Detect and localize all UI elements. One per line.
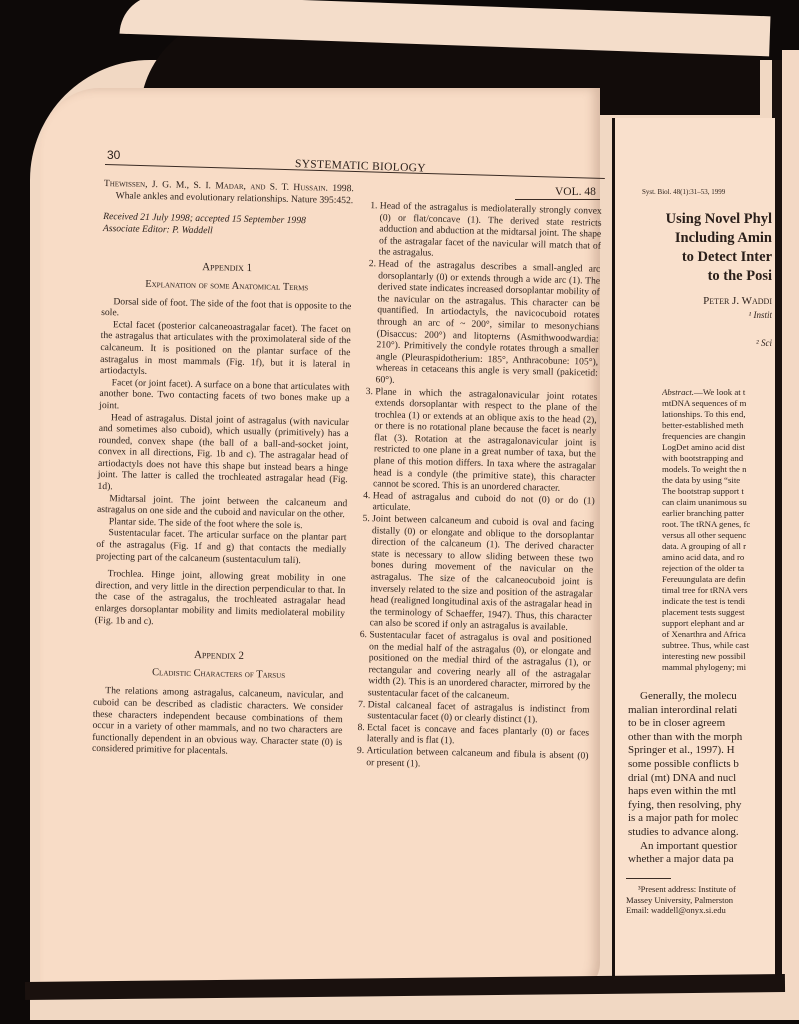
text-line: indicate the test is tendi <box>662 596 772 607</box>
text-line: Fereuungulata are defin <box>662 574 772 585</box>
character-item: Joint between calcaneum and cuboid is ov… <box>370 513 595 634</box>
term-trochlea: Trochlea. Hinge joint, allowing great mo… <box>95 568 346 631</box>
text-line: other than with the morph <box>628 731 772 745</box>
text-line: root. The tRNA genes, fc <box>662 519 772 530</box>
appendix2-intro: The relations among astragalus, calcaneu… <box>92 685 343 760</box>
characters-column: Head of the astragalus is mediolaterally… <box>352 200 602 774</box>
footnote-rule <box>626 878 671 879</box>
page-number: 30 <box>107 148 120 162</box>
title-line: to the Posi <box>640 267 772 286</box>
text-line: data. A grouping of all r <box>662 541 772 552</box>
text-line: lationships. To this end, <box>662 409 772 420</box>
article-author: Peter J. Waddi <box>690 295 772 307</box>
text-line: versus all other sequenc <box>662 530 772 541</box>
body-text: Generally, the molecumalian interordinal… <box>628 690 772 867</box>
text-line: studies to advance along. <box>628 826 772 840</box>
title-line: to Detect Inter <box>640 248 772 267</box>
text-line: mammal phylogeny; mi <box>662 662 772 673</box>
text-line: whether a major data pa <box>628 853 772 867</box>
text-line: An important questior <box>628 840 772 854</box>
text-line: The bootstrap support t <box>662 486 772 497</box>
text-line: fying, then resolving, phy <box>628 799 772 813</box>
text-line: can claim unanimous su <box>662 497 772 508</box>
term-facet: Facet (or joint facet). A surface on a b… <box>99 377 350 417</box>
character-item: Head of the astragalus is mediolaterally… <box>379 200 602 263</box>
reference-entry: Thewissen, J. G. M., S. I. Madar, and S.… <box>104 178 354 206</box>
text-line: Generally, the molecu <box>628 690 772 704</box>
text-line: the data by using “site <box>662 475 772 486</box>
volume-label: VOL. 48 <box>555 186 596 198</box>
text-line: to be in closer agreem <box>628 717 772 731</box>
article-title: Using Novel Phyl Including Amin to Detec… <box>640 210 772 286</box>
text-line: timal tree for tRNA vers <box>662 585 772 596</box>
text-line: support elephant and ar <box>662 618 772 629</box>
footnote: ³Present address: Institute ofMassey Uni… <box>626 884 772 916</box>
text-line: ³Present address: Institute of <box>626 884 772 895</box>
text-line: Springer et al., 1997). H <box>628 744 772 758</box>
text-line: haps even within the mtl <box>628 785 772 799</box>
character-list: Head of the astragalus is mediolaterally… <box>352 200 602 774</box>
text-line: Massey University, Palmerston <box>626 895 772 906</box>
text-line: models. To weight the n <box>662 464 772 475</box>
text-line: malian interordinal relati <box>628 704 772 718</box>
text-line: with bootstrapping and <box>662 453 772 464</box>
appendix2-title: Appendix 2 <box>94 648 344 665</box>
text-line: Abstract.—We look at t <box>662 387 772 398</box>
text-line: placement tests suggest <box>662 607 772 618</box>
title-line: Including Amin <box>640 229 772 248</box>
text-line: interesting new possibil <box>662 651 772 662</box>
text-line: earlier branching patter <box>662 508 772 519</box>
character-item: Plane in which the astragalonavicular jo… <box>373 386 597 496</box>
text-line: drial (mt) DNA and nucl <box>628 772 772 786</box>
term-sustentacular: Sustentacular facet. The articular surfa… <box>96 527 347 567</box>
journal-citation: Syst. Biol. 48(1):31–53, 1999 <box>642 188 725 196</box>
left-column: Thewissen, J. G. M., S. I. Madar, and S.… <box>92 178 354 760</box>
character-item: Head of the astragalus describes a small… <box>375 258 600 391</box>
text-line: subtree. Thus, while cast <box>662 640 772 651</box>
abstract: Abstract.—We look at tmtDNA sequences of… <box>662 387 772 673</box>
text-line: is a major path for molec <box>628 812 772 826</box>
text-line: mtDNA sequences of m <box>662 398 772 409</box>
text-line: LogDet amino acid dist <box>662 442 772 453</box>
term-ectal: Ectal facet (posterior calcaneoastragala… <box>100 319 351 382</box>
text-line: rejection of the older ta <box>662 563 772 574</box>
appendix1-subtitle: Explanation of some Anatomical Terms <box>102 278 352 295</box>
text-line: of Xenarthra and Africa <box>662 629 772 640</box>
term-head: Head of astragalus. Distal joint of astr… <box>97 411 349 497</box>
text-line: better-established meth <box>662 420 772 431</box>
volume-rule <box>515 199 600 200</box>
appendix2-subtitle: Cladistic Characters of Tarsus <box>94 666 344 683</box>
text-line: frequencies are changin <box>662 431 772 442</box>
text-line: Email: waddell@onyx.si.edu <box>626 905 772 916</box>
text-line: some possible conflicts b <box>628 758 772 772</box>
stacked-page-edge <box>782 50 799 990</box>
text-line: amino acid data, and ro <box>662 552 772 563</box>
affiliation: ² Sci <box>700 338 772 348</box>
title-line: Using Novel Phyl <box>640 210 772 229</box>
appendix1-title: Appendix 1 <box>102 260 352 277</box>
character-item: Sustentacular facet of astragalus is ova… <box>368 629 592 704</box>
affiliation: ¹ Instit <box>700 310 772 320</box>
